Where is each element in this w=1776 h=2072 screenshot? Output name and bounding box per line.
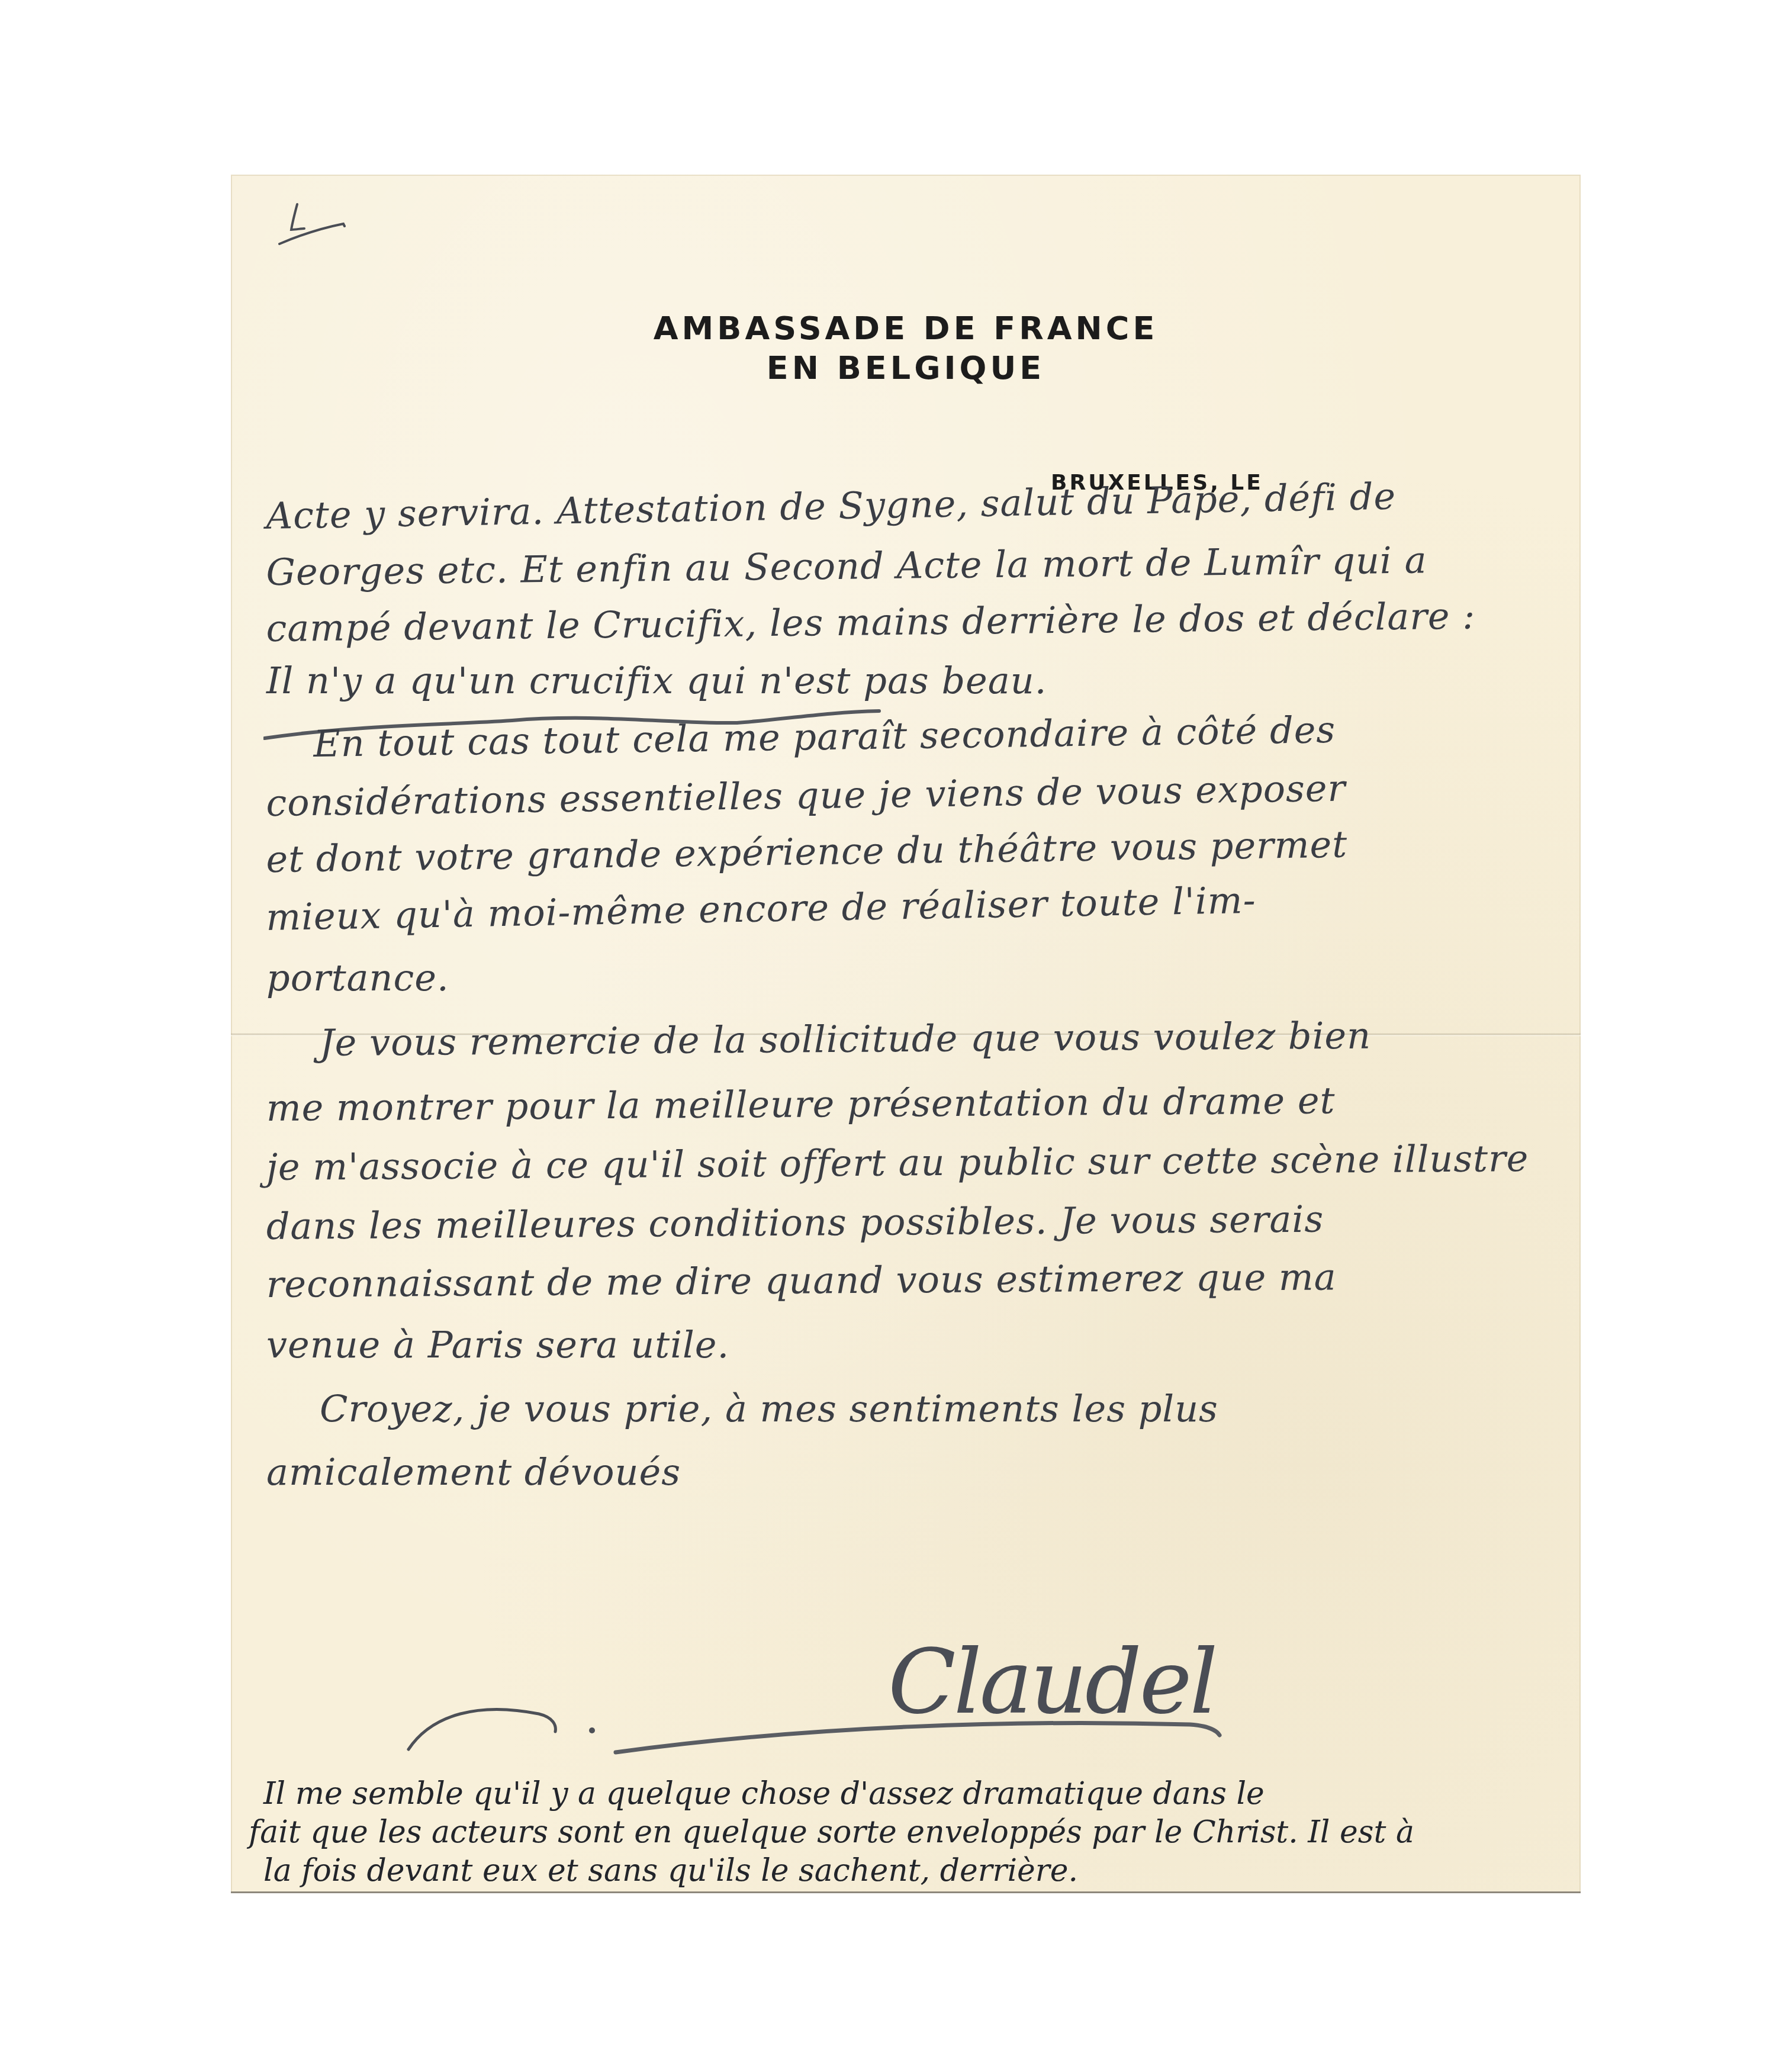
- body-line: venue à Paris sera utile.: [266, 1323, 729, 1366]
- body-line: considérations essentielles que je viens…: [266, 767, 1346, 825]
- body-line-emphasis: Il n'y a qu'un crucifix qui n'est pas be…: [266, 659, 1047, 702]
- postscript-line: fait que les acteurs sont en quelque sor…: [249, 1814, 1414, 1850]
- postscript-line: Il me semble qu'il y a quelque chose d'a…: [263, 1776, 1265, 1812]
- body-line: je m'associe à ce qu'il soit offert au p…: [266, 1137, 1529, 1189]
- closing-line: amicalement dévoués: [266, 1450, 681, 1494]
- body-line: et dont votre grande expérience du théât…: [266, 823, 1348, 881]
- closing-line: Croyez, je vous prie, à mes sentiments l…: [320, 1387, 1218, 1430]
- body-line: me montrer pour la meilleure présentatio…: [266, 1079, 1335, 1130]
- body-line: dans les meilleures conditions possibles…: [266, 1198, 1324, 1248]
- letterhead-title: AMBASSADE DE FRANCE: [231, 310, 1581, 347]
- body-line: Acte y servira. Attestation de Sygne, sa…: [266, 475, 1397, 538]
- body-line: campé devant le Crucifix, les mains derr…: [266, 594, 1475, 650]
- body-line: Georges etc. Et enfin au Second Acte la …: [266, 538, 1427, 594]
- body-line: reconnaissant de me dire quand vous esti…: [266, 1255, 1336, 1306]
- body-line: portance.: [266, 956, 449, 999]
- letter-paper: AMBASSADE DE FRANCE EN BELGIQUE BRUXELLE…: [231, 175, 1581, 1893]
- body-line: mieux qu'à moi-même encore de réaliser t…: [266, 879, 1256, 939]
- body-line: Je vous remercie de la sollicitude que v…: [319, 1014, 1371, 1064]
- signature: Claudel: [888, 1631, 1216, 1734]
- paper-edge: [231, 1891, 1581, 1893]
- page-number-mark-icon: [278, 201, 349, 249]
- postscript-line: la fois devant eux et sans qu'ils le sac…: [263, 1853, 1078, 1888]
- letterhead-subtitle: EN BELGIQUE: [231, 349, 1581, 387]
